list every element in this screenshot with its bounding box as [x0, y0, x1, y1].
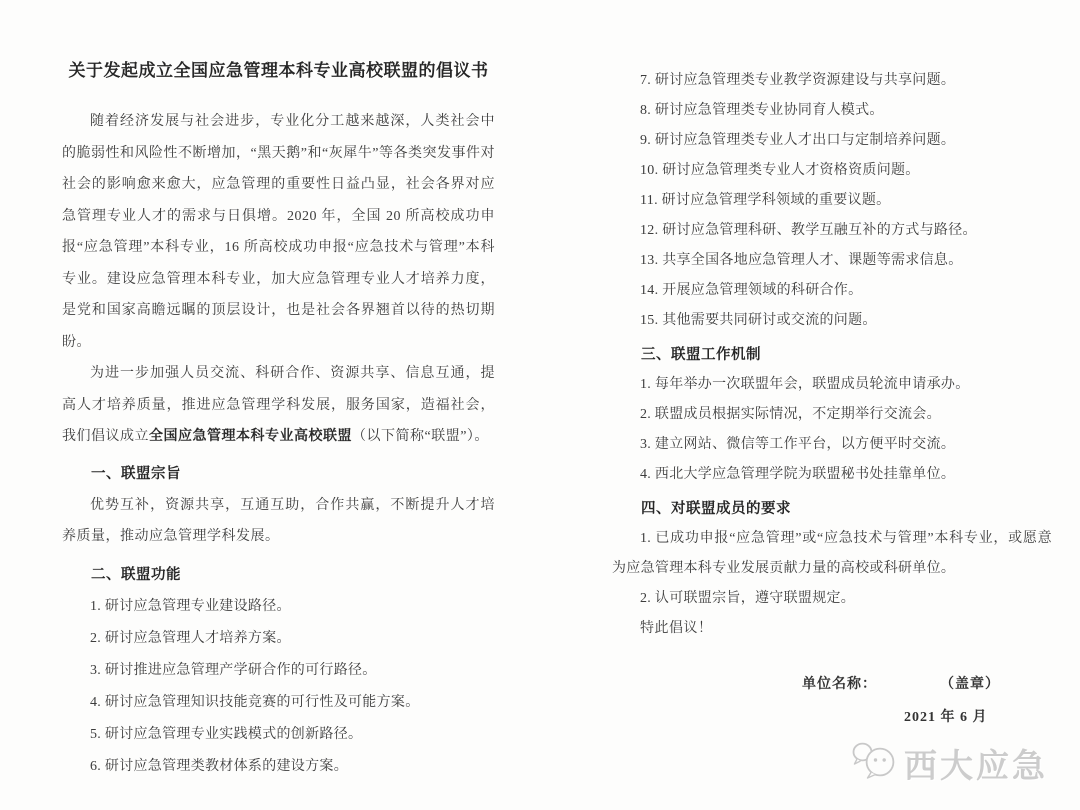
intro-paragraph-2: 为进一步加强人员交流、科研合作、资源共享、信息互通，提高人才培养质量，推进应急管… — [62, 358, 495, 453]
wechat-watermark: 西大应急 — [851, 740, 1048, 787]
requirement-item-2: 2. 认可联盟宗旨，遵守联盟规定。 — [612, 584, 1052, 614]
section-mechanism-heading: 三、联盟工作机制 — [612, 340, 1052, 370]
function-item-10: 10. 研讨应急管理类专业人才资格资质问题。 — [612, 156, 1052, 186]
section-purpose-body: 优势互补，资源共享，互通互助，合作共赢，不断提升人才培养质量，推动应急管理学科发… — [62, 490, 495, 553]
function-item-15: 15. 其他需要共同研讨或交流的问题。 — [612, 306, 1052, 336]
function-item-12: 12. 研讨应急管理科研、教学互融互补的方式与路径。 — [612, 216, 1052, 246]
watermark-text: 西大应急 — [904, 740, 1048, 787]
left-column: 关于发起成立全国应急管理本科专业高校联盟的倡议书 随着经济发展与社会进步，专业化… — [62, 0, 495, 783]
closing-line: 特此倡议！ — [612, 614, 1052, 644]
function-item-8: 8. 研讨应急管理类专业协同育人模式。 — [612, 96, 1052, 126]
signature-unit-label: 单位名称： — [802, 677, 877, 692]
function-item-4: 4. 研讨应急管理知识技能竞赛的可行性及可能方案。 — [62, 687, 495, 719]
function-item-5: 5. 研讨应急管理专业实践模式的创新路径。 — [62, 719, 495, 751]
mechanism-item-4: 4. 西北大学应急管理学院为联盟秘书处挂靠单位。 — [612, 460, 1052, 490]
section-requirements-heading: 四、对联盟成员的要求 — [612, 494, 1052, 524]
signature-date: 2021 年 6 月 — [612, 703, 1052, 733]
proposal-document-page: 关于发起成立全国应急管理本科专业高校联盟的倡议书 随着经济发展与社会进步，专业化… — [0, 0, 1080, 810]
mechanism-item-2: 2. 联盟成员根据实际情况，不定期举行交流会。 — [612, 400, 1052, 430]
function-item-6: 6. 研讨应急管理类教材体系的建设方案。 — [62, 751, 495, 783]
document-title: 关于发起成立全国应急管理本科专业高校联盟的倡议书 — [62, 58, 495, 84]
signature-row: 单位名称：（盖章） — [612, 670, 1052, 700]
intro-paragraph-2-post: （以下简称“联盟”）。 — [352, 429, 489, 444]
requirement-item-1: 1. 已成功申报“应急管理”或“应急技术与管理”本科专业，或愿意为应急管理本科专… — [612, 524, 1052, 584]
right-column: 7. 研讨应急管理类专业教学资源建设与共享问题。 8. 研讨应急管理类专业协同育… — [612, 0, 1052, 733]
section-purpose-heading: 一、联盟宗旨 — [62, 458, 495, 490]
right-column-top-spacer — [612, 0, 1052, 66]
function-item-11: 11. 研讨应急管理学科领域的重要议题。 — [612, 186, 1052, 216]
signature-seal-label: （盖章） — [947, 677, 1000, 692]
function-item-14: 14. 开展应急管理领域的科研合作。 — [612, 276, 1052, 306]
alliance-name-bold: 全国应急管理本科专业高校联盟 — [149, 429, 352, 444]
function-item-1: 1. 研讨应急管理专业建设路径。 — [62, 591, 495, 623]
function-item-9: 9. 研讨应急管理类专业人才出口与定制培养问题。 — [612, 126, 1052, 156]
function-item-3: 3. 研讨推进应急管理产学研合作的可行路径。 — [62, 655, 495, 687]
function-item-13: 13. 共享全国各地应急管理人才、课题等需求信息。 — [612, 246, 1052, 276]
function-item-2: 2. 研讨应急管理人才培养方案。 — [62, 623, 495, 655]
function-item-7: 7. 研讨应急管理类专业教学资源建设与共享问题。 — [612, 66, 1052, 96]
intro-paragraph-1: 随着经济发展与社会进步，专业化分工越来越深，人类社会中的脆弱性和风险性不断增加，… — [62, 106, 495, 358]
mechanism-item-1: 1. 每年举办一次联盟年会，联盟成员轮流申请承办。 — [612, 370, 1052, 400]
mechanism-item-3: 3. 建立网站、微信等工作平台，以方便平时交流。 — [612, 430, 1052, 460]
wechat-logo-icon — [851, 740, 897, 787]
section-functions-heading: 二、联盟功能 — [62, 559, 495, 591]
